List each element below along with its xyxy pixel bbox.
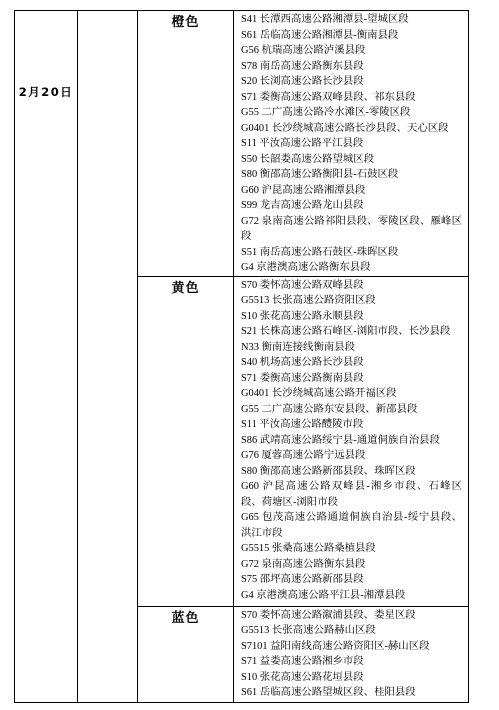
roads-cell-yellow: S70 娄怀高速公路双峰县段G5513 长张高速公路资阳区段S10 张花高速公路… [234, 276, 469, 606]
road-item: S80 衡邵高速公路衡阳县-石鼓区段 [241, 167, 462, 183]
road-item: G4 京港澳高速公路平江县-湘潭县段 [241, 588, 462, 604]
road-item: S51 南岳高速公路石鼓区-珠晖区段 [241, 245, 462, 261]
road-item: G5513 长张高速公路资阳区段 [241, 293, 462, 309]
road-item: S86 武靖高速公路绥宁县-通道侗族自治县段 [241, 433, 462, 449]
road-item: S41 长潭西高速公路湘潭县-望城区段 [241, 12, 462, 28]
table-row-orange: 2月20日橙色S41 长潭西高速公路湘潭县-望城区段S61 岳临高速公路湘潭县-… [15, 11, 469, 277]
road-item: G60 沪昆高速公路湘潭县段 [241, 183, 462, 199]
road-item: S71 娄衡高速公路双峰县段、祁东县段 [241, 90, 462, 106]
table-body: 2月20日橙色S41 长潭西高速公路湘潭县-望城区段S61 岳临高速公路湘潭县-… [15, 11, 469, 703]
road-item: S40 机场高速公路长沙县段 [241, 355, 462, 371]
road-item: G65 包茂高速公路通道侗族自治县-绥宁县段、洪江市段 [241, 510, 462, 541]
road-item: S50 长韶娄高速公路望城区段 [241, 152, 462, 168]
road-item: S61 岳临高速公路湘潭县-衡南县段 [241, 28, 462, 44]
level-cell-orange: 橙色 [138, 11, 234, 277]
road-item: S21 长株高速公路石峰区-浏阳市段、长沙县段 [241, 324, 462, 340]
road-item: S7101 益阳南线高速公路资阳区-赫山区段 [241, 639, 462, 655]
road-item: N33 衡南连接线衡南县段 [241, 340, 462, 356]
road-item: G5515 张桑高速公路桑植县段 [241, 541, 462, 557]
document-page: 2月20日橙色S41 长潭西高速公路湘潭县-望城区段S61 岳临高速公路湘潭县-… [0, 0, 499, 710]
date-text: 2月20日 [19, 85, 74, 99]
level-cell-yellow: 黄色 [138, 276, 234, 606]
road-item: S71 益娄高速公路湘乡市段 [241, 654, 462, 670]
road-item: G5513 长张高速公路赫山区段 [241, 623, 462, 639]
road-item: G76 厦蓉高速公路宁远县段 [241, 448, 462, 464]
road-item: S11 平汝高速公路醴陵市段 [241, 417, 462, 433]
road-item: S80 衡邵高速公路新邵县段、珠晖区段 [241, 464, 462, 480]
road-item: G72 泉南高速公路衡东县段 [241, 557, 462, 573]
road-item: S10 张花高速公路花垣县段 [241, 670, 462, 686]
date-cell: 2月20日 [15, 11, 78, 703]
roads-cell-blue: S70 娄怀高速公路溆浦县段、娄星区段G5513 长张高速公路赫山区段S7101… [234, 606, 469, 702]
road-item: G0401 长沙绕城高速公路长沙县段、天心区段 [241, 121, 462, 137]
empty-cell [78, 11, 138, 703]
road-item: S11 平汝高速公路平江县段 [241, 136, 462, 152]
road-item: S75 邵坪高速公路新邵县段 [241, 572, 462, 588]
level-label-orange: 橙色 [171, 15, 199, 30]
road-item: G56 杭瑞高速公路泸溪县段 [241, 43, 462, 59]
road-item: S71 娄衡高速公路衡南县段 [241, 371, 462, 387]
road-item: S70 娄怀高速公路双峰县段 [241, 278, 462, 294]
road-item: S20 长浏高速公路长沙县段 [241, 74, 462, 90]
road-item: G72 泉南高速公路祁阳县段、零陵区段、雁峰区段 [241, 214, 462, 245]
road-item: G0401 长沙绕城高速公路开福区段 [241, 386, 462, 402]
road-item: G55 二广高速公路冷水滩区-零陵区段 [241, 105, 462, 121]
road-item: S10 张花高速公路永顺县段 [241, 309, 462, 325]
level-cell-blue: 蓝色 [138, 606, 234, 702]
road-item: G55 二广高速公路东安县段、新邵县段 [241, 402, 462, 418]
road-item: G4 京港澳高速公路衡东县段 [241, 260, 462, 276]
level-label-blue: 蓝色 [171, 611, 199, 626]
road-item: G60 沪昆高速公路双峰县-湘乡市段、石峰区段、荷塘区-浏阳市段 [241, 479, 462, 510]
road-item: S78 南岳高速公路衡东县段 [241, 59, 462, 75]
road-item: S70 娄怀高速公路溆浦县段、娄星区段 [241, 608, 462, 624]
level-label-yellow: 黄色 [171, 281, 199, 296]
road-item: S61 岳临高速公路望城区段、桂阳县段 [241, 685, 462, 701]
road-item: S99 龙吉高速公路龙山县段 [241, 198, 462, 214]
roads-cell-orange: S41 长潭西高速公路湘潭县-望城区段S61 岳临高速公路湘潭县-衡南县段G56… [234, 11, 469, 277]
road-warning-table: 2月20日橙色S41 长潭西高速公路湘潭县-望城区段S61 岳临高速公路湘潭县-… [14, 10, 469, 703]
